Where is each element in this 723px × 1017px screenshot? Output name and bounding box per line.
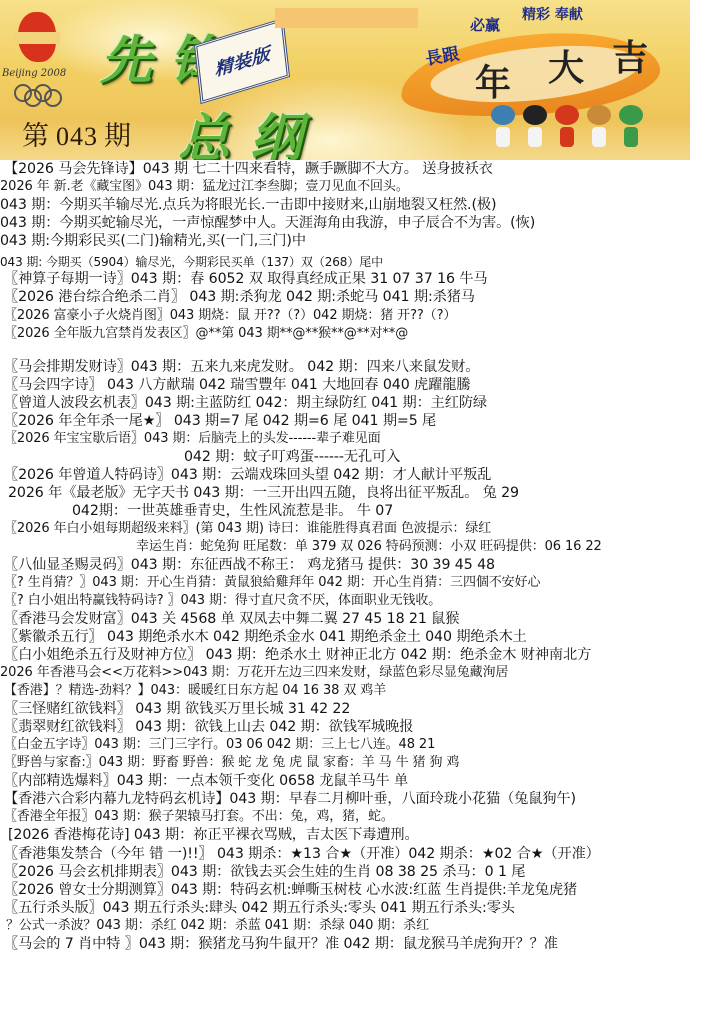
text-line: 〖? 白小姐出特赢钱特码诗? 〗043 期：得寸直尺贪不厌，体面职业无钱收。 (4, 592, 441, 610)
text-line: 〖白小姐绝杀五行及财神方位〗 043 期：绝杀水土 财神正北方 042 期：绝杀… (4, 646, 591, 664)
banner-big-char-3: 吉 (612, 30, 648, 81)
text-line: 043 期: 今期买（5904）输尽光，今期彩民买单（137）双（268）尾中 (0, 253, 383, 271)
mascots-group (490, 105, 644, 149)
text-line: 〖曾道人波段玄机表〗043 期:主蓝防红 042：期主绿防红 041 期：主红防… (4, 394, 487, 412)
text-line: 〖2026 港台综合绝杀二肖〗 043 期:杀狗龙 042 期:杀蛇马 041 … (4, 288, 475, 306)
badge-label: 精装版 (213, 40, 271, 81)
text-line: 〖2026 年曾道人特码诗〗043 期：云端戏珠回头望 042 期：才人献计平叛… (4, 466, 491, 484)
text-line: 042 期：蚊子叮鸡蛋------无孔可入 (184, 448, 400, 466)
text-line: 〖? 生肖猜？〗043 期：开心生肖猜：黃鼠狼給雞拜年 042 期：开心生肖猜：… (4, 574, 540, 592)
mascot-yingying-icon (586, 105, 612, 149)
text-line: 2026 年《最老版》无字天书 043 期：一三开出四五随，良将出征平叛乱。 兔… (8, 484, 519, 502)
header-banner: Beijing 2008 第043期 先 锋 总 纲 精装版 精彩 奉献 必赢 … (0, 0, 690, 160)
issue-number-label: 第043期 (22, 114, 132, 153)
mascot-beibei-icon (490, 105, 516, 149)
text-line: 〖五行杀头版〗043 期五行杀头:肆头 042 期五行杀头:零头 041 期五行… (4, 899, 515, 917)
text-line: 043 期：今期买羊输尽光.点兵为将眼光长.一击即中接财来,山崩地裂又枉然.(极… (0, 196, 496, 214)
text-line: 〖香港全年报〗043 期：猴子架辕马打套。不出：兔，鸡，猪，蛇。 (4, 808, 394, 826)
text-line: 【香港六合彩内幕九龙特码玄机诗】043 期：早春二月柳叶垂，八面玲珑小花猫（兔鼠… (4, 790, 576, 808)
text-line: 〖2026 年白小姐每期超级来料〗(第 043 期) 诗曰：谁能胜得真君面 色波… (4, 520, 491, 538)
text-line: [2026 香港梅花诗] 043 期：祢正平裸衣骂贼，吉太医下毒遭刑。 (8, 826, 419, 844)
banner-big-char-1: 年 (475, 55, 511, 106)
mascot-jingjing-icon (522, 105, 548, 149)
text-line: 2026 年 新.老《藏宝图》043 期：猛龙过江李叁脚；壹刀见血不回头。 (0, 178, 409, 196)
text-line: 042期：一世英雄垂青史，生性风流惹是非。 牛 07 (72, 502, 393, 520)
issue-number: 043 (56, 122, 98, 151)
text-line: 043 期:今期彩民买(二门)输精光,买(一门,三门)中 (0, 232, 306, 250)
beijing-olympic-emblem-icon (14, 12, 64, 68)
slogan-top: 精彩 奉献 (522, 4, 583, 24)
masked-region (275, 8, 418, 28)
text-line: ？公式一杀波？043 期：杀红 042 期：杀蓝 041 期：杀绿 040 期：… (6, 917, 429, 935)
title-char-1: 先 (100, 18, 152, 93)
mascot-huanhuan-icon (554, 105, 580, 149)
slogan-mid: 必赢 (470, 14, 500, 35)
issue-prefix: 第 (22, 121, 50, 151)
text-line: 幸运生肖：蛇兔狗 旺尾数：单 379 双 026 特码预测：小双 旺码提供：06… (136, 538, 602, 556)
text-line: 〖野兽与家畜:〗043 期：野畜 野兽：猴 蛇 龙 兔 虎 鼠 家畜：羊 马 牛… (4, 754, 459, 772)
text-line: 〖内部精选爆料〗043 期：一点本领千变化 0658 龙鼠羊马牛 单 (4, 772, 408, 790)
text-line: 〖马会四字诗〗 043 八方献瑞 042 瑞雪豐年 041 大地回春 040 虎… (4, 376, 470, 394)
text-line: 〖2026 马会玄机排期表〗043 期：欲钱去买会生娃的生肖 08 38 25 … (4, 863, 525, 881)
text-line: 〖神算子每期一诗〗043 期：春 6052 双 取得真经成正果 31 07 37… (4, 270, 488, 288)
text-line: 〖2026 曾女士分期测算〗043 期：特码玄机:蝉嘶玉树枝 心水波:红蓝 生肖… (4, 881, 577, 899)
issue-suffix: 期 (104, 121, 132, 151)
text-line: 〖2026 年宝宝歇后语〗043 期：后脑壳上的头发------辈子难见面 (4, 430, 381, 448)
text-line: 2026 年香港马会<<万花料>>043 期：万花开左边三四来发财，绿蓝色彩尽显… (0, 664, 508, 682)
text-line: 〖香港马会发财富〗043 关 4568 单 双凤去中舞二翼 27 45 18 2… (4, 610, 459, 628)
text-line: 〖香港集发禁合（今年 错 一)!!〗 043 期杀：★13 合★（开准）042 … (4, 845, 600, 863)
text-line: 〖白金五字诗〗043 期：三门三字行。03 06 042 期：三上七八连。48 … (4, 736, 435, 754)
title-char-4: 纲 (250, 96, 302, 160)
text-line: 【香港】？精选-劲料？】043：暖暖红日东方起 04 16 38 双 鸡羊 (4, 682, 386, 700)
text-line: 043 期：今期买蛇输尽光，一声惊醒梦中人。天涯海角由我游，申子辰合不为害。(恢… (0, 214, 535, 232)
title-char-3: 总 (178, 96, 230, 160)
text-line: 〖2026 全年版九宫禁肖发表区〗@**第 043 期**@**猴**@**对*… (4, 325, 408, 343)
text-line: 〖翡翠财红欲钱料〗 043 期：欲钱上山去 042 期：欲钱军城晚报 (4, 718, 413, 736)
text-line: 〖马会排期发财诗〗043 期：五来九来虎发财。 042 期：四来八来鼠发财。 (4, 358, 479, 376)
banner-big-char-2: 大 (548, 40, 584, 91)
text-line: 【2026 马会先锋诗】043 期 七二十四来看特，蹶手蹶脚不大方。 送身披袄衣 (4, 160, 493, 178)
logo-caption: Beijing 2008 (2, 68, 66, 79)
olympic-rings-icon (14, 84, 64, 106)
text-line: 〖马会的 7 肖中特 〗043 期：猴猪龙马狗牛鼠开？准 042 期：鼠龙猴马羊… (4, 935, 558, 953)
text-line: 〖紫徽杀五行〗 043 期绝杀水木 042 期绝杀金水 041 期绝杀金土 04… (4, 628, 527, 646)
text-line: 〖2026 富豪小子火烧肖图〗043 期烧：鼠 开??（?）042 期烧：猪 开… (4, 307, 456, 325)
text-line: 〖2026 年全年杀一尾★〗 043 期=7 尾 042 期=6 尾 041 期… (4, 412, 436, 430)
text-line: 〖八仙显圣赐灵码〗043 期：东征西战不称王： 鸡龙猪马 提供：30 39 45… (4, 556, 495, 574)
text-line: 〖三怪赌红欲钱料〗 043 期 欲钱买万里长城 31 42 22 (4, 700, 350, 718)
mascot-nini-icon (618, 105, 644, 149)
